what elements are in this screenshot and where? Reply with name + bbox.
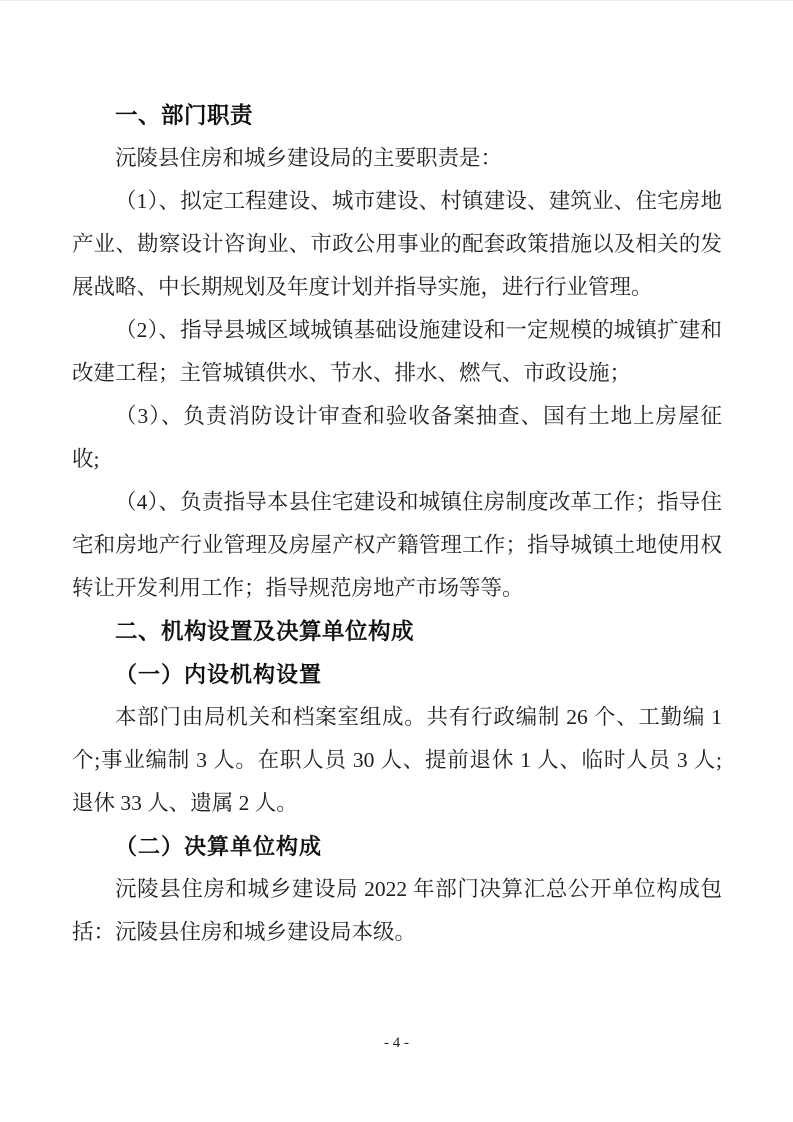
document-page: 一、部门职责 沅陵县住房和城乡建设局的主要职责是： （1）、拟定工程建设、城市建… — [0, 0, 793, 1122]
duty-item-1: （1）、拟定工程建设、城市建设、村镇建设、建筑业、住宅房地产业、勘察设计咨询业、… — [72, 180, 722, 309]
budget-units-paragraph: 沅陵县住房和城乡建设局 2022 年部门决算汇总公开单位构成包括：沅陵县住房和城… — [72, 868, 722, 954]
subsection-heading-budget-units: （二）决算单位构成 — [72, 825, 722, 868]
document-body: 一、部门职责 沅陵县住房和城乡建设局的主要职责是： （1）、拟定工程建设、城市建… — [72, 94, 722, 954]
section-heading-duties: 一、部门职责 — [72, 94, 722, 137]
duty-item-3: （3）、负责消防设计审查和验收备案抽查、国有土地上房屋征收; — [72, 395, 722, 481]
duty-item-2: （2）、指导县城区域城镇基础设施建设和一定规模的城镇扩建和改建工程；主管城镇供水… — [72, 309, 722, 395]
page-number: - 4 - — [0, 1033, 793, 1053]
intro-paragraph: 沅陵县住房和城乡建设局的主要职责是： — [72, 137, 722, 180]
subsection-heading-internal-org: （一）内设机构设置 — [72, 653, 722, 696]
section-heading-organization: 二、机构设置及决算单位构成 — [72, 610, 722, 653]
duty-item-4: （4）、负责指导本县住宅建设和城镇住房制度改革工作；指导住宅和房地产行业管理及房… — [72, 481, 722, 610]
staffing-paragraph: 本部门由局机关和档案室组成。共有行政编制 26 个、工勤编 1 个;事业编制 3… — [72, 696, 722, 825]
